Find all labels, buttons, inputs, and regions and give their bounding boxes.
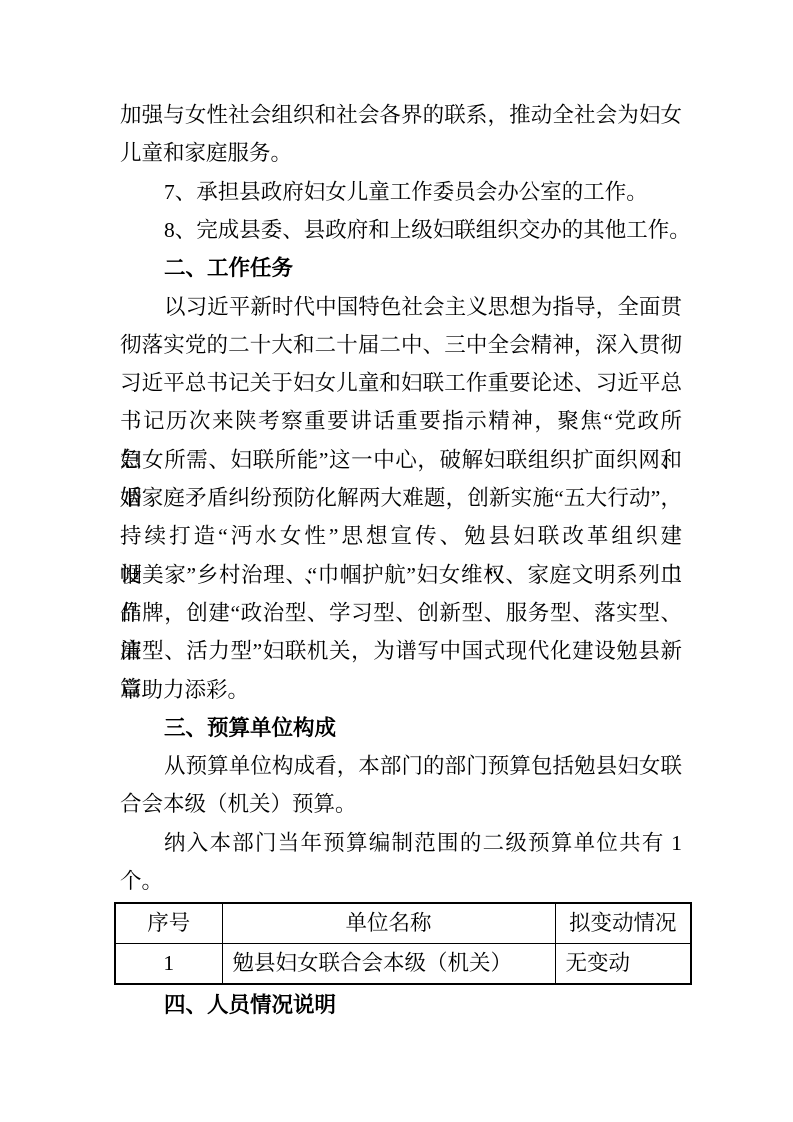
col-header-unit-name: 单位名称 bbox=[222, 903, 555, 944]
numbered-item-8: 8、完成县委、县政府和上级妇联组织交办的其他工作。 bbox=[120, 211, 682, 250]
col-header-change-status: 拟变动情况 bbox=[555, 903, 691, 944]
document-page: 加强与女性社会组织和社会各界的联系，推动全社会为妇女 儿童和家庭服务。 7、承担… bbox=[0, 0, 793, 1122]
section-heading-personnel: 四、人员情况说明 bbox=[120, 986, 682, 1025]
body-line: 个。 bbox=[120, 862, 682, 901]
body-line: 品牌，创建“政治型、学习型、创新型、服务型、落实型、廉 bbox=[120, 594, 682, 633]
body-line: 帼美家”乡村治理、“巾帼护航”妇女维权、家庭文明系列工作 bbox=[120, 556, 682, 595]
body-line: 纳入本部门当年预算编制范围的二级预算单位共有 1 bbox=[120, 824, 682, 863]
numbered-item-7: 7、承担县政府妇女儿童工作委员会办公室的工作。 bbox=[120, 173, 682, 212]
body-line: 从预算单位构成看，本部门的部门预算包括勉县妇女联 bbox=[120, 747, 682, 786]
body-line: 习近平总书记关于妇女儿童和妇联工作重要论述、习近平总 bbox=[120, 364, 682, 403]
col-header-serial: 序号 bbox=[115, 903, 222, 944]
body-line: 彻落实党的二十大和二十届二中、三中全会精神，深入贯彻 bbox=[120, 326, 682, 365]
body-line: 以习近平新时代中国特色社会主义思想为指导，全面贯 bbox=[120, 288, 682, 327]
body-line: 合会本级（机关）预算。 bbox=[120, 785, 682, 824]
table-row: 1 勉县妇女联合会本级（机关） 无变动 bbox=[115, 944, 691, 985]
body-line: 姻家庭矛盾纠纷预防化解两大难题，创新实施“五大行动”， bbox=[120, 479, 682, 518]
body-line: 加强与女性社会组织和社会各界的联系，推动全社会为妇女 bbox=[120, 96, 682, 135]
section-heading-work-tasks: 二、工作任务 bbox=[120, 249, 682, 288]
body-line: 持续打造“沔水女性”思想宣传、勉县妇联改革组织建设、“巾 bbox=[120, 517, 682, 556]
cell-serial: 1 bbox=[115, 944, 222, 985]
cell-unit-name: 勉县妇女联合会本级（机关） bbox=[222, 944, 555, 985]
body-line: 妇女所需、妇联所能”这一中心，破解妇联组织扩面织网和婚 bbox=[120, 441, 682, 480]
table-header-row: 序号 单位名称 拟变动情况 bbox=[115, 903, 691, 944]
body-line: 儿童和家庭服务。 bbox=[120, 134, 682, 173]
body-line: 书记历次来陕考察重要讲话重要指示精神，聚焦“党政所急、 bbox=[120, 402, 682, 441]
budget-units-table: 序号 单位名称 拟变动情况 1 勉县妇女联合会本级（机关） 无变动 bbox=[114, 902, 692, 985]
cell-change-status: 无变动 bbox=[555, 944, 691, 985]
section-heading-budget-units: 三、预算单位构成 bbox=[120, 709, 682, 748]
body-line: 章助力添彩。 bbox=[120, 671, 682, 710]
body-line: 洁型、活力型”妇联机关，为谱写中国式现代化建设勉县新篇 bbox=[120, 632, 682, 671]
